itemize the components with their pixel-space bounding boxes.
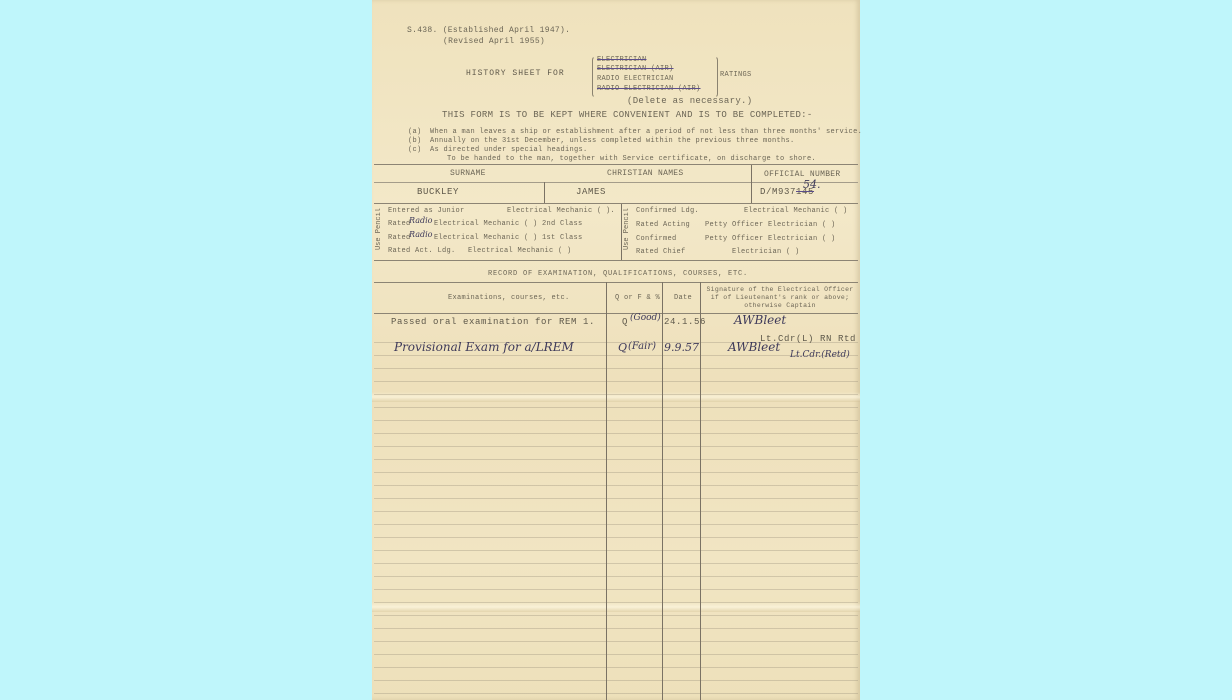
record-heading: RECORD OF EXAMINATION, QUALIFICATIONS, C… — [488, 270, 748, 278]
column-header-signature: Signature of the Electrical Officer if o… — [704, 286, 856, 310]
rating-option-radio-electrician-air: RADIO ELECTRICIAN (AIR) — [597, 85, 701, 93]
rating-entry-value: Electrical Mechanic ( ) 2nd Class — [434, 220, 583, 228]
form-title: HISTORY SHEET FOR — [466, 69, 565, 78]
rating-entry-value: Electrical Mechanic ( ) — [468, 247, 572, 255]
record-grade-note: (Good) — [630, 313, 661, 323]
ruled-lines — [374, 330, 858, 700]
record-date: 24.1.56 — [664, 317, 706, 327]
divider — [621, 204, 622, 260]
christian-names-value: JAMES — [576, 187, 606, 197]
divider — [751, 165, 752, 203]
divider — [374, 260, 858, 261]
divider — [374, 182, 858, 183]
form-reference: S.438. (Established April 1947). — [407, 26, 570, 35]
rating-entry-label: Rated Act. Ldg. — [388, 247, 456, 255]
rating-option-radio-electrician: RADIO ELECTRICIAN — [597, 75, 674, 83]
rating-entry-value: Petty Officer Electrician ( ) — [705, 235, 836, 243]
rating-entry-value: Electrical Mechanic ( ) — [744, 207, 848, 215]
record-signature: AWBleet — [734, 313, 786, 327]
rating-entry-value: Electrical Mechanic ( ). — [507, 207, 615, 215]
rating-option-electrician: ELECTRICIAN — [597, 56, 647, 64]
rating-entry-label: Confirmed — [636, 235, 677, 243]
instruction-marker: (b) — [408, 137, 422, 145]
rating-handwritten: Radio — [409, 216, 432, 225]
column-divider — [662, 282, 663, 700]
instruction-text: As directed under special headings. — [430, 146, 588, 154]
discharge-note: To be handed to the man, together with S… — [447, 155, 816, 163]
official-number-correction: 54. — [803, 178, 821, 191]
rating-entry-label: Rated Acting — [636, 221, 690, 229]
rating-entry-value: Electrician ( ) — [732, 248, 800, 256]
divider — [374, 282, 858, 283]
instruction-text: Annually on the 31st December, unless co… — [430, 137, 795, 145]
record-grade-note: (Fair) — [628, 341, 656, 352]
record-grade: Q — [618, 341, 627, 354]
record-grade: Q — [622, 317, 628, 327]
column-header-exams: Examinations, courses, etc. — [448, 294, 570, 302]
rating-handwritten: Radio — [409, 230, 432, 239]
rating-entry-label: Confirmed Ldg. — [636, 207, 699, 215]
christian-names-label: CHRISTIAN NAMES — [607, 169, 684, 178]
use-pencil-label-right: Use Pencil — [623, 208, 631, 250]
column-header-grade: Q or F & % — [615, 294, 660, 302]
instruction-heading: THIS FORM IS TO BE KEPT WHERE CONVENIENT… — [442, 110, 813, 120]
column-divider — [606, 282, 607, 700]
divider — [544, 182, 545, 203]
rating-entry-label: Entered as Junior — [388, 207, 465, 215]
record-exam: Provisional Exam for a/LREM — [394, 340, 574, 354]
record-signature: AWBleet — [728, 340, 780, 354]
rating-entry-value: Electrical Mechanic ( ) 1st Class — [434, 234, 583, 242]
divider — [374, 203, 858, 204]
record-date: 9.9.57 — [664, 341, 699, 354]
instruction-marker: (a) — [408, 128, 422, 136]
rating-option-electrician-air: ELECTRICIAN (AIR) — [597, 65, 674, 73]
instruction-text: When a man leaves a ship or establishmen… — [430, 128, 862, 136]
column-header-date: Date — [674, 294, 692, 302]
rating-entry-label: Rated — [388, 220, 411, 228]
record-exam: Passed oral examination for REM 1. — [391, 317, 595, 327]
column-divider — [700, 282, 701, 700]
surname-label: SURNAME — [450, 169, 486, 178]
surname-value: BUCKLEY — [417, 187, 459, 197]
rating-entry-value: Petty Officer Electrician ( ) — [705, 221, 836, 229]
use-pencil-label-left: Use Pencil — [375, 208, 383, 250]
form-revision: (Revised April 1955) — [443, 37, 545, 46]
record-rank: Lt.Cdr.(Retd) — [790, 350, 850, 360]
instruction-marker: (c) — [408, 146, 422, 154]
divider — [374, 164, 858, 165]
delete-note: (Delete as necessary.) — [627, 96, 752, 106]
ratings-label: RATINGS — [720, 71, 752, 79]
rating-entry-label: Rated Chief — [636, 248, 686, 256]
rating-entry-label: Rated — [388, 234, 411, 242]
